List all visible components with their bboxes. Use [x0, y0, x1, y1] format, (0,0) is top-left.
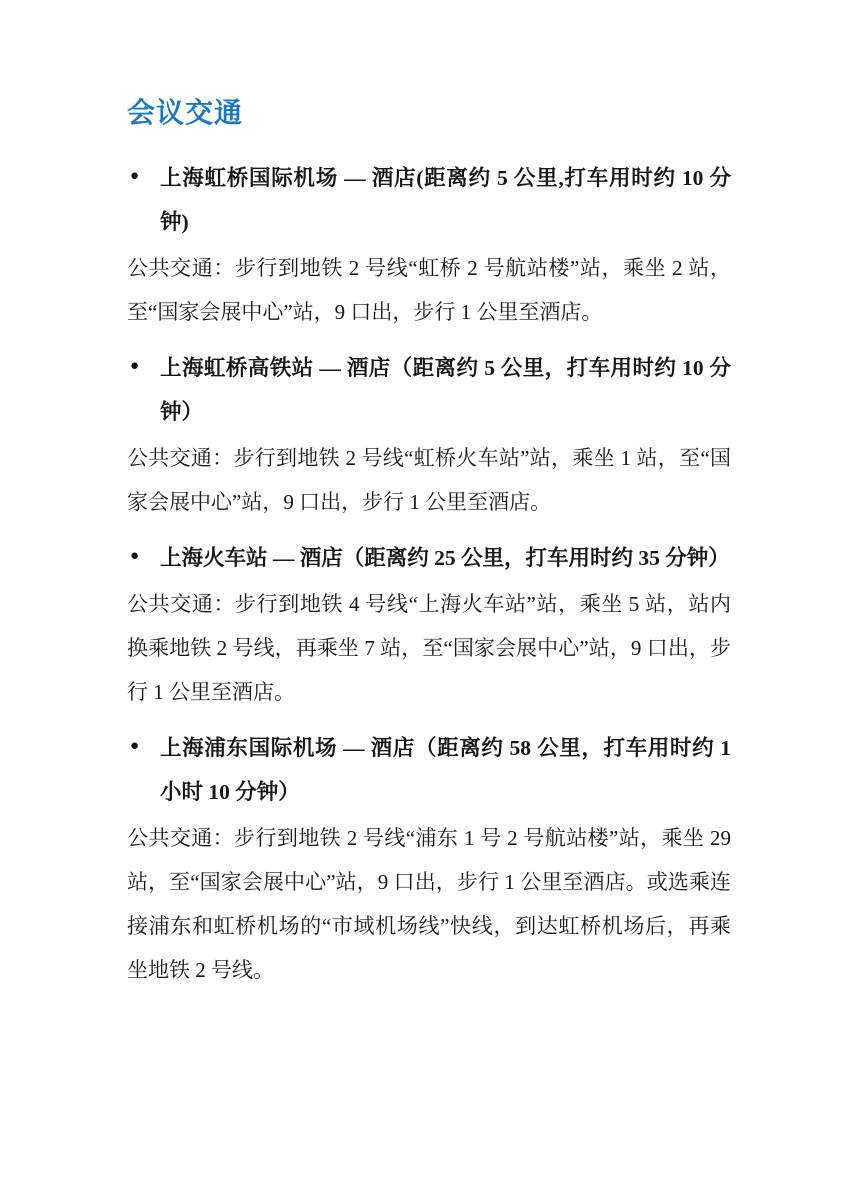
- bullet-icon: ●: [130, 169, 139, 184]
- list-item: ● 上海虹桥高铁站 — 酒店（距离约 5 公里，打车用时约 10 分钟）: [127, 346, 731, 434]
- transport-section-shanghai-railway: ● 上海火车站 — 酒店（距离约 25 公里，打车用时约 35 分钟） 公共交通…: [127, 536, 731, 714]
- item-heading: 上海浦东国际机场 — 酒店（距离约 58 公里，打车用时约 1 小时 10 分钟…: [160, 726, 731, 814]
- item-body: 公共交通：步行到地铁 2 号线“浦东 1 号 2 号航站楼”站，乘坐 29 站，…: [127, 816, 731, 992]
- item-body: 公共交通：步行到地铁 2 号线“虹桥火车站”站，乘坐 1 站，至“国家会展中心”…: [127, 436, 731, 524]
- transport-section-hongqiao-railway: ● 上海虹桥高铁站 — 酒店（距离约 5 公里，打车用时约 10 分钟） 公共交…: [127, 346, 731, 524]
- item-heading: 上海虹桥国际机场 — 酒店(距离约 5 公里,打车用时约 10 分钟): [160, 156, 731, 244]
- transport-section-pudong-airport: ● 上海浦东国际机场 — 酒店（距离约 58 公里，打车用时约 1 小时 10 …: [127, 726, 731, 992]
- item-heading: 上海虹桥高铁站 — 酒店（距离约 5 公里，打车用时约 10 分钟）: [160, 346, 731, 434]
- list-item: ● 上海浦东国际机场 — 酒店（距离约 58 公里，打车用时约 1 小时 10 …: [127, 726, 731, 814]
- item-heading: 上海火车站 — 酒店（距离约 25 公里，打车用时约 35 分钟）: [160, 536, 731, 580]
- item-body: 公共交通：步行到地铁 4 号线“上海火车站”站，乘坐 5 站，站内换乘地铁 2 …: [127, 582, 731, 714]
- bullet-icon: ●: [130, 359, 139, 374]
- bullet-icon: ●: [130, 549, 139, 564]
- list-item: ● 上海火车站 — 酒店（距离约 25 公里，打车用时约 35 分钟）: [127, 536, 731, 580]
- transport-section-hongqiao-airport: ● 上海虹桥国际机场 — 酒店(距离约 5 公里,打车用时约 10 分钟) 公共…: [127, 156, 731, 334]
- page-title: 会议交通: [127, 96, 731, 130]
- bullet-icon: ●: [130, 739, 139, 754]
- document-page: 会议交通 ● 上海虹桥国际机场 — 酒店(距离约 5 公里,打车用时约 10 分…: [0, 0, 849, 1200]
- item-body: 公共交通：步行到地铁 2 号线“虹桥 2 号航站楼”站，乘坐 2 站，至“国家会…: [127, 246, 731, 334]
- list-item: ● 上海虹桥国际机场 — 酒店(距离约 5 公里,打车用时约 10 分钟): [127, 156, 731, 244]
